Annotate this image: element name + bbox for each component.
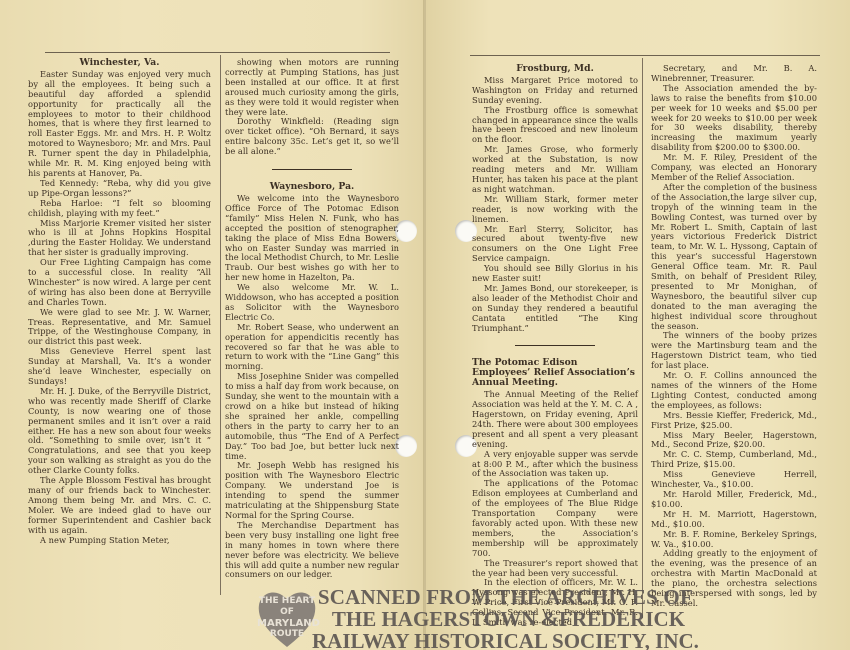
paragraph: Mr. William Stark, former meter reader, … <box>472 195 638 225</box>
paragraph: Miss Genevieve Herrell, Winchester, Va.,… <box>651 470 817 490</box>
article-body: Miss Margaret Price motored to Washingto… <box>472 76 638 334</box>
paragraph: Mr. James Bond, our storekeeper, is also… <box>472 284 638 334</box>
column-divider <box>220 55 221 595</box>
column-relief-continued: Secretary, and Mr. B. A. Winebrenner, Tr… <box>651 64 817 609</box>
paragraph: Miss Genevieve Herrel spent last Sunday … <box>28 347 211 387</box>
watermark-line: SCANNED FROM THE ARCHIVES OF <box>312 586 699 608</box>
article-body: showing when motors are running correctl… <box>225 58 399 157</box>
paragraph: Our Free Lighting Campaign has come to a… <box>28 258 211 308</box>
column-frostburg: Frostburg, Md. Miss Margaret Price motor… <box>472 62 638 628</box>
paragraph: Miss Marjorie Kremer visited her sister … <box>28 219 211 259</box>
paragraph: The applications of the Potomac Edison e… <box>472 479 638 558</box>
paragraph: Mr. O. F. Collins announced the names of… <box>651 371 817 411</box>
section-heading-relief-association: The Potomac Edison Employees’ Relief Ass… <box>472 358 638 388</box>
paragraph: Mr. Harold Miller, Frederick, Md., $10.0… <box>651 490 817 510</box>
paragraph: Mr. Robert Sease, who underwent an opera… <box>225 323 399 373</box>
paragraph: Reba Harloe: “I felt so blooming childis… <box>28 199 211 219</box>
top-rule <box>470 55 820 56</box>
paragraph: Dorothy Winkfield: (Reading sign over ti… <box>225 117 399 157</box>
section-heading-frostburg: Frostburg, Md. <box>472 64 638 74</box>
paragraph: Mr. B. F. Romine, Berkeley Springs, W. V… <box>651 530 817 550</box>
paragraph: Secretary, and Mr. B. A. Winebrenner, Tr… <box>651 64 817 84</box>
column-waynesboro: showing when motors are running correctl… <box>225 58 399 580</box>
logo-line: THE HEART OF <box>257 596 317 618</box>
logo-text: THE HEART OF MARYLAND ROUTE <box>257 596 317 640</box>
paragraph: Miss Mary Beeler, Hagerstown, Md., Secon… <box>651 431 817 451</box>
paragraph: showing when motors are running correctl… <box>225 58 399 117</box>
paragraph: Mr. Earl Sterry, Solicitor, has secured … <box>472 225 638 265</box>
paragraph: A new Pumping Station Meter, <box>28 536 211 546</box>
paragraph: Mr. M. F. Riley, President of the Compan… <box>651 153 817 183</box>
column-winchester: Winchester, Va. Easter Sunday was enjoye… <box>28 56 211 545</box>
paragraph: Easter Sunday was enjoyed very much by a… <box>28 70 211 179</box>
section-heading-waynesboro: Waynesboro, Pa. <box>225 182 399 192</box>
paragraph: We were glad to see Mr. J. W. Warner, Tr… <box>28 308 211 348</box>
paragraph: The Apple Blossom Festival has brought m… <box>28 476 211 535</box>
magazine-spread: Winchester, Va. Easter Sunday was enjoye… <box>0 0 850 650</box>
watermark-line: THE HAGERSTOWN &FREDERICK <box>318 608 699 630</box>
section-heading-winchester: Winchester, Va. <box>28 58 211 68</box>
paragraph: The Annual Meeting of the Relief Associa… <box>472 390 638 449</box>
paragraph: You should see Billy Glorius in his new … <box>472 264 638 284</box>
paragraph: Mr. C. C. Stemp, Cumberland, Md., Third … <box>651 450 817 470</box>
article-body: Easter Sunday was enjoyed very much by a… <box>28 70 211 546</box>
section-divider <box>272 169 352 170</box>
paragraph: Mr. James Grose, who formerly worked at … <box>472 145 638 195</box>
article-body: Secretary, and Mr. B. A. Winebrenner, Tr… <box>651 64 817 609</box>
logo-line: MARYLAND <box>257 618 317 629</box>
paragraph: After the completion of the business of … <box>651 183 817 332</box>
page-gutter <box>423 0 426 650</box>
watermark-line: RAILWAY HISTORICAL SOCIETY, INC. <box>312 630 699 650</box>
paragraph: The Frostburg office is somewhat changed… <box>472 106 638 146</box>
column-divider <box>642 58 643 618</box>
paragraph: We welcome into the Waynesboro Office Fo… <box>225 194 399 283</box>
paragraph: A very enjoyable supper was servde at 8:… <box>472 450 638 480</box>
paragraph: Mr. H. J. Duke, of the Berryville Distri… <box>28 387 211 476</box>
paragraph: The Association amended the by-laws to r… <box>651 84 817 153</box>
paragraph: Mr H. M. Marriott, Hagerstown, Md., $10.… <box>651 510 817 530</box>
top-rule <box>45 52 390 53</box>
paragraph: Ted Kennedy: “Reba, why did you give up … <box>28 179 211 199</box>
paragraph: Mrs. Bessie Kieffer, Frederick, Md., Fir… <box>651 411 817 431</box>
paragraph: The winners of the booby prizes were the… <box>651 331 817 371</box>
paragraph: Miss Josephine Snider was compelled to m… <box>225 372 399 461</box>
section-divider <box>515 345 595 346</box>
paragraph: We also welcome Mr. W. L. Widdowson, who… <box>225 283 399 323</box>
article-body: We welcome into the Waynesboro Office Fo… <box>225 194 399 580</box>
logo-line: ROUTE <box>257 629 317 640</box>
archive-watermark: SCANNED FROM THE ARCHIVES OF THE HAGERST… <box>312 586 699 650</box>
paragraph: The Treasurer’s report showed that the y… <box>472 559 638 579</box>
paragraph: Mr. Joseph Webb has resigned his positio… <box>225 461 399 520</box>
paragraph: The Merchandise Department has been very… <box>225 521 399 580</box>
paragraph: Miss Margaret Price motored to Washingto… <box>472 76 638 106</box>
